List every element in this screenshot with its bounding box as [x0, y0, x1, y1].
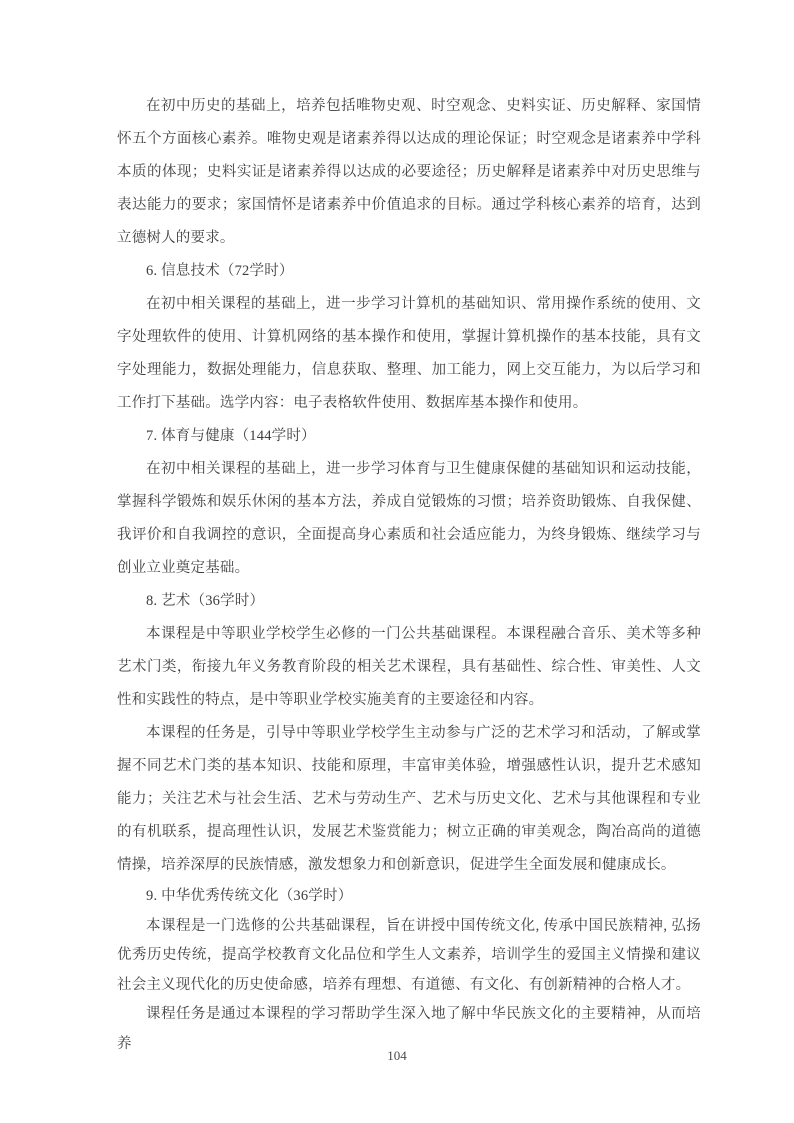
- body-paragraph-pe-health: 在初中相关课程的基础上，进一步学习体育与卫生健康保健的基础知识和运动技能，掌握科…: [117, 453, 701, 585]
- body-paragraph-art-intro: 本课程是中等职业学校学生必修的一门公共基础课程。本课程融合音乐、美术等多种艺术门…: [117, 618, 701, 717]
- body-paragraph-culture-intro: 本课程是一门选修的公共基础课程，旨在讲授中国传统文化, 传承中国民族精神, 弘扬…: [117, 912, 701, 1001]
- body-paragraph-art-tasks: 本课程的任务是，引导中等职业学校学生主动参与广泛的艺术学习和活动，了解或掌握不同…: [117, 717, 701, 882]
- section-heading-art: 8. 艺术（36学时）: [117, 585, 701, 618]
- page-number: 104: [0, 1048, 794, 1064]
- body-paragraph-info-tech: 在初中相关课程的基础上，进一步学习计算机的基础知识、常用操作系统的使用、文字处理…: [117, 288, 701, 420]
- document-body: 在初中历史的基础上，培养包括唯物史观、时空观念、史料实证、历史解释、家国情怀五个…: [117, 90, 701, 1059]
- section-heading-traditional-culture: 9. 中华优秀传统文化（36学时）: [117, 882, 701, 912]
- body-paragraph-history-core: 在初中历史的基础上，培养包括唯物史观、时空观念、史料实证、历史解释、家国情怀五个…: [117, 90, 701, 255]
- section-heading-pe-health: 7. 体育与健康（144学时）: [117, 420, 701, 453]
- document-page: 在初中历史的基础上，培养包括唯物史观、时空观念、史料实证、历史解释、家国情怀五个…: [0, 0, 794, 1123]
- section-heading-info-tech: 6. 信息技术（72学时）: [117, 255, 701, 288]
